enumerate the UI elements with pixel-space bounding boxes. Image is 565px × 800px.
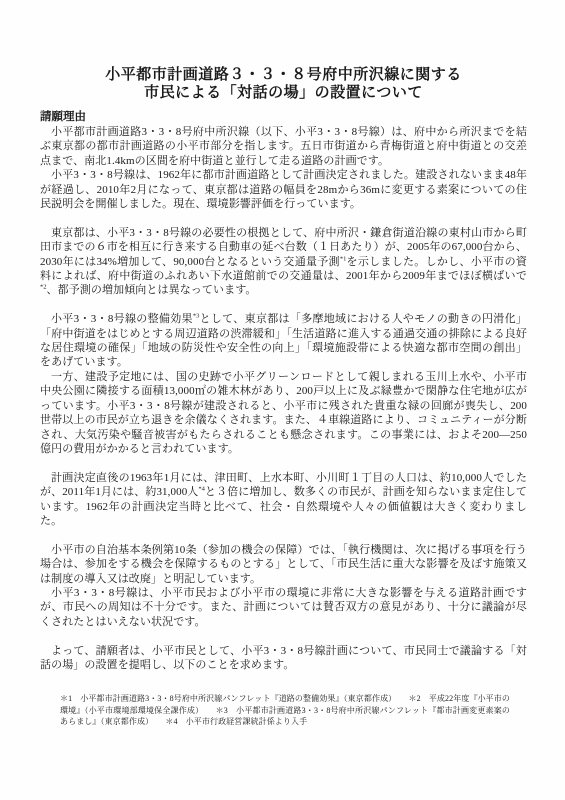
paragraph: 小平3・3・8号線は、1962年に都市計画道路として計画決定されました。建設され… — [40, 168, 527, 211]
document-title: 小平都市計画道路３・３・８号府中所沢線に関する 市民による「対話の場」の設置につ… — [40, 66, 527, 101]
petition-reason-heading: 請願理由 — [40, 110, 527, 124]
footnote-marker: *4 — [198, 485, 205, 492]
body-paragraphs: 小平都市計画道路3・3・8号府中所沢線（以下、小平3・3・8号線）は、府中から所… — [40, 125, 527, 672]
footnote-marker: *2 — [40, 284, 47, 291]
paragraph: 一方、建設予定地には、国の史跡で小平グリーンロードとして親しまれる玉川上水や、小… — [40, 370, 527, 456]
paragraph: 小平3・3・8号線は、小平市民および小平市の環境に非常に大きな影響を与える道路計… — [40, 586, 527, 629]
document-title-line2: 市民による「対話の場」の設置について — [40, 84, 527, 102]
paragraph: よって、請願者は、小平市民として、小平3・3・8号線計画について、市民同士で議論… — [40, 644, 527, 673]
paragraph: 東京都は、小平3・3・8号線の必要性の根拠として、府中所沢・鎌倉街道沿線の東村山… — [40, 226, 527, 298]
paragraph: 計画決定直後の1963年1月には、津田町、上水本町、小川町１丁目の人口は、約10… — [40, 471, 527, 529]
paragraph: 小平都市計画道路3・3・8号府中所沢線（以下、小平3・3・8号線）は、府中から所… — [40, 125, 527, 168]
document-title-line1: 小平都市計画道路３・３・８号府中所沢線に関する — [40, 66, 527, 84]
footnote-marker: *3 — [193, 313, 200, 320]
footnotes: ＊1 小平都市計画道路3・3・8号府中所沢線パンフレット『道路の整備効果』（東京… — [40, 693, 527, 727]
document-page: 小平都市計画道路３・３・８号府中所沢線に関する 市民による「対話の場」の設置につ… — [0, 0, 565, 800]
paragraph: 小平市の自治基本条例第10条（参加の機会の保障）では、「執行機関は、次に掲げる事… — [40, 543, 527, 586]
footnote-marker: *1 — [340, 255, 347, 262]
paragraph: 小平3・3・8号線の整備効果*3として、東京都は「多摩地域における人やモノの動き… — [40, 312, 527, 370]
